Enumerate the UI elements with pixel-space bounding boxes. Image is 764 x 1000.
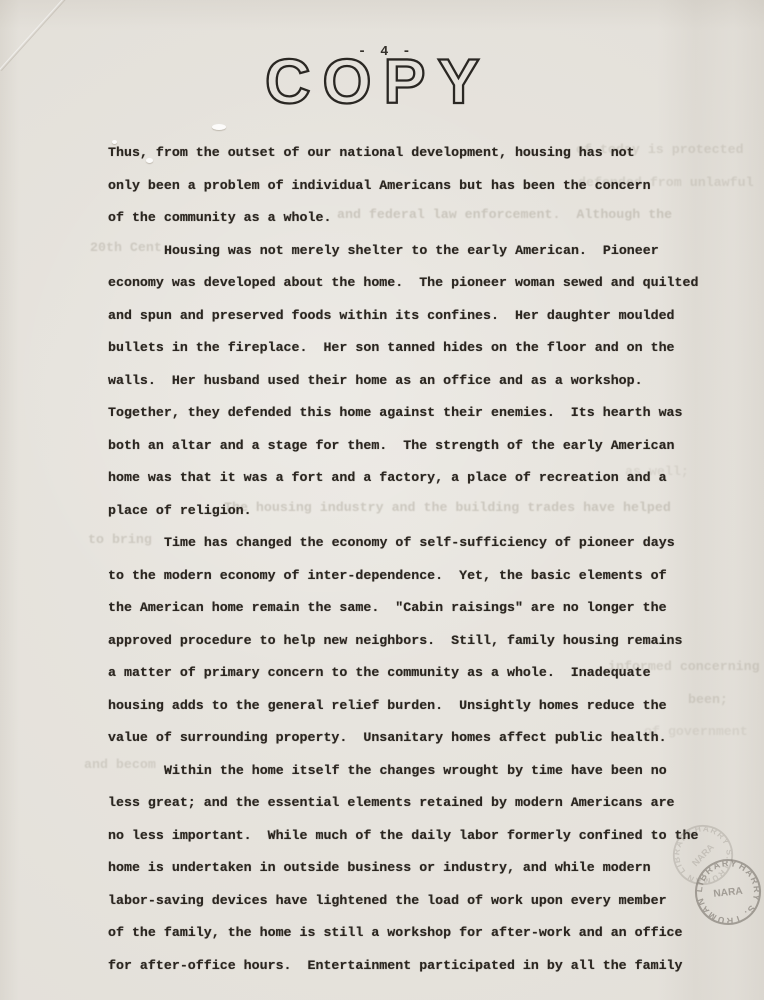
document-line: Housing was not merely shelter to the ea… bbox=[108, 235, 708, 268]
document-line: for after-office hours. Entertainment pa… bbox=[108, 950, 708, 983]
document-line: a matter of primary concern to the commu… bbox=[108, 657, 708, 690]
document-line: walls. Her husband used their home as an… bbox=[108, 365, 708, 398]
document-line: Time has changed the economy of self-suf… bbox=[108, 527, 708, 560]
document-line: Thus, from the outset of our national de… bbox=[108, 137, 708, 170]
document-line: value of surrounding property. Unsanitar… bbox=[108, 722, 708, 755]
document-line: of the community as a whole. bbox=[108, 202, 708, 235]
document-line: housing adds to the general relief burde… bbox=[108, 690, 708, 723]
document-line: no less important. While much of the dai… bbox=[108, 820, 708, 853]
document-line: only been a problem of individual Americ… bbox=[108, 170, 708, 203]
document-line: both an altar and a stage for them. The … bbox=[108, 430, 708, 463]
document-line: bullets in the fireplace. Her son tanned… bbox=[108, 332, 708, 365]
document-line: of the family, the home is still a works… bbox=[108, 917, 708, 950]
document-line: and spun and preserved foods within its … bbox=[108, 300, 708, 333]
document-page: COPY - 4 - of today is protected defende… bbox=[0, 0, 764, 1000]
document-line: home is undertaken in outside business o… bbox=[108, 852, 708, 885]
page-number: - 4 - bbox=[358, 45, 414, 60]
copy-heading: COPY bbox=[0, 0, 764, 130]
document-line: less great; and the essential elements r… bbox=[108, 787, 708, 820]
document-line: labor-saving devices have lightened the … bbox=[108, 885, 708, 918]
document-line: the American home remain the same. "Cabi… bbox=[108, 592, 708, 625]
document-line: Together, they defended this home agains… bbox=[108, 397, 708, 430]
document-line: home was that it was a fort and a factor… bbox=[108, 462, 708, 495]
stamp-center-text: NARA bbox=[713, 886, 744, 900]
document-line: approved procedure to help new neighbors… bbox=[108, 625, 708, 658]
document-line: economy was developed about the home. Th… bbox=[108, 267, 708, 300]
document-line: Within the home itself the changes wroug… bbox=[108, 755, 708, 788]
document-body: Thus, from the outset of our national de… bbox=[108, 137, 708, 982]
document-line: place of religion. bbox=[108, 495, 708, 528]
document-line: to the modern economy of inter-dependenc… bbox=[108, 560, 708, 593]
